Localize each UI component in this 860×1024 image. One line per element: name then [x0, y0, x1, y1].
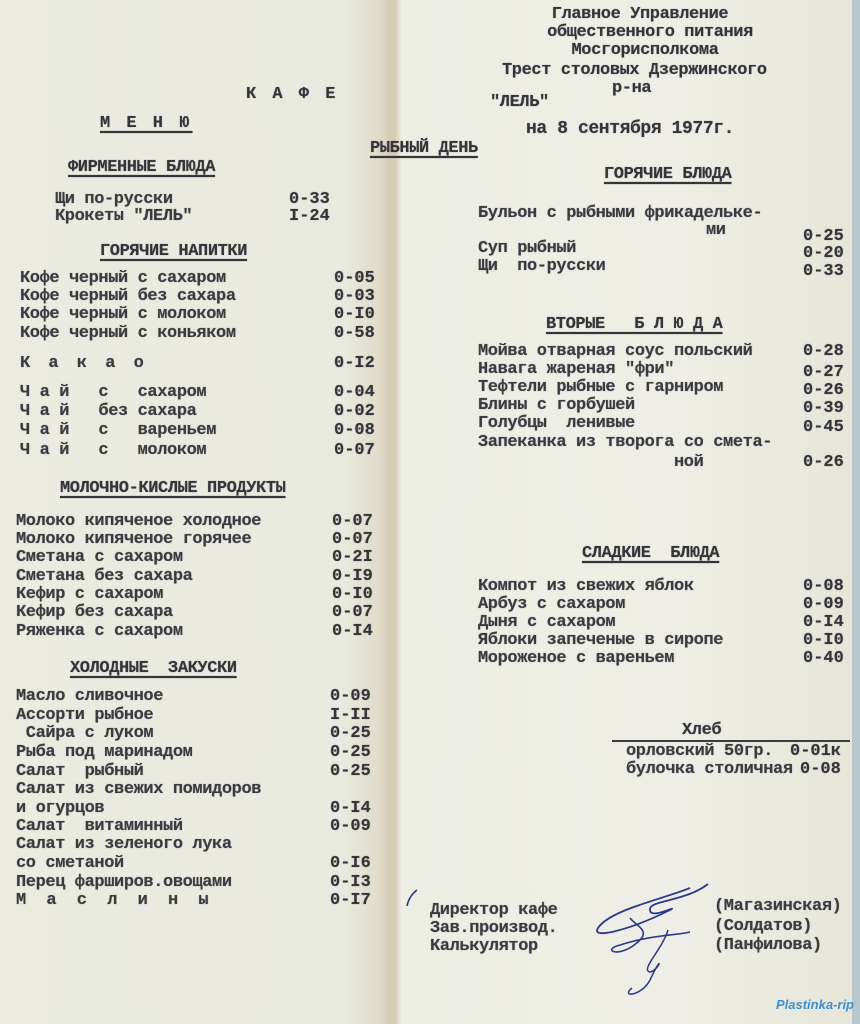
menu-item: Салат из зеленого лука [16, 836, 232, 855]
menu-item-price: 0-25 [330, 763, 371, 782]
menu-item: Суп рыбный [478, 240, 576, 259]
menu-item: Блины с горбушей [478, 397, 635, 416]
menu-item: Ч а й без сахара [20, 403, 196, 422]
menu-item: Арбуз с сахаром [478, 596, 625, 615]
signatory-name: (Солдатов) [714, 918, 812, 937]
menu-item: Запеканка из творога со смета- [478, 434, 772, 453]
menu-item: Кефир с сахаром [16, 586, 163, 605]
menu-item: Сметана без сахара [16, 568, 192, 587]
bread-item-price: 0-01к [790, 743, 841, 762]
menu-item: Ч а й с молоком [20, 442, 206, 461]
org-line-4: Трест столовых Дзержинского [502, 62, 767, 81]
menu-item-price: 0-05 [334, 270, 375, 289]
menu-item: Молоко кипяченое горячее [16, 531, 251, 550]
menu-item-price: 0-I9 [332, 568, 373, 587]
menu-item-price: 0-40 [803, 650, 844, 669]
bread-item: булочка столичная [626, 761, 793, 780]
bread-item: орловский 50гр. [626, 743, 773, 762]
menu-item: К а к а о [20, 355, 148, 374]
menu-item: Салат из свежих помидоров [16, 781, 261, 800]
menu-item-price: I-II [330, 707, 371, 726]
menu-item: Тефтели рыбные с гарниром [478, 379, 723, 398]
menu-item: Молоко кипяченое холодное [16, 513, 261, 532]
menu-item-price: 0-08 [334, 422, 375, 441]
menu-item-price: 0-09 [330, 818, 371, 837]
menu-item: Ряженка с сахаром [16, 623, 183, 642]
bread-item-price: 0-08 [800, 761, 841, 780]
menu-item: Компот из свежих яблок [478, 578, 694, 597]
menu-item-price: 0-2I [332, 549, 373, 568]
menu-item-price: 0-39 [803, 400, 844, 419]
menu-item-price: 0-09 [803, 596, 844, 615]
menu-item-price: 0-25 [330, 725, 371, 744]
menu-item: М а с л и н ы [16, 892, 214, 911]
menu-item: Рыба под маринадом [16, 744, 192, 763]
menu-item-price: 0-07 [334, 442, 375, 461]
menu-item: Ассорти рыбное [16, 707, 153, 726]
bread-title: Хлеб [682, 722, 721, 741]
cafe-label: К А Ф Е [246, 86, 338, 105]
menu-item-price: 0-28 [803, 343, 844, 362]
section-title-hot-dishes: ГОРЯЧИЕ БЛЮДА [604, 166, 731, 185]
menu-item-price: 0-I6 [330, 855, 371, 874]
menu-item-price: 0-I7 [330, 892, 371, 911]
org-line-3: Мосгорисполкома [480, 42, 810, 61]
menu-item-price: 0-07 [332, 513, 373, 532]
menu-item: Ч а й с сахаром [20, 384, 206, 403]
menu-item: Ч а й с вареньем [20, 422, 216, 441]
menu-item-price: 0-I4 [330, 800, 371, 819]
menu-item: Голубцы ленивые [478, 415, 635, 434]
menu-item: Сайра с луком [16, 725, 153, 744]
menu-item: Перец фарширов.овощами [16, 874, 232, 893]
menu-item-continued: и огурцов [16, 800, 104, 819]
signatory-role: Директор кафе [430, 902, 557, 921]
menu-item-price: 0-09 [330, 688, 371, 707]
menu-item-price: 0-26 [803, 382, 844, 401]
menu-item-price: 0-I4 [803, 614, 844, 633]
menu-item: Салат рыбный [16, 763, 143, 782]
menu-item: Навага жареная "фри" [478, 361, 674, 380]
menu-item-price: 0-58 [334, 325, 375, 344]
section-title-main-courses: ВТОРЫЕ Б Л Ю Д А [546, 316, 722, 335]
signatory-name: (Панфилова) [714, 937, 822, 956]
org-line-2: общественного питания [480, 24, 820, 43]
menu-item: Салат витаминный [16, 818, 183, 837]
menu-item: Мойва отварная соус польский [478, 343, 752, 362]
pen-mark-icon [405, 888, 419, 908]
menu-item-price: 0-I0 [332, 586, 373, 605]
menu-item-price: 0-04 [334, 384, 375, 403]
menu-item-price: I-24 [289, 208, 330, 227]
menu-title: М Е Н Ю [100, 115, 192, 134]
menu-item-price: 0-I3 [330, 874, 371, 893]
section-title-cold-appetizers: ХОЛОДНЫЕ ЗАКУСКИ [70, 660, 237, 679]
section-title-signature-dishes: ФИРМЕННЫЕ БЛЮДА [68, 159, 215, 178]
menu-item: Дыня с сахаром [478, 614, 615, 633]
menu-item-continued: ми [706, 222, 726, 241]
cafe-name: "ЛЕЛЬ" [490, 94, 549, 113]
menu-date: на 8 сентября 1977г. [526, 120, 734, 139]
menu-item-price: 0-I4 [332, 623, 373, 642]
menu-item-price: 0-03 [334, 288, 375, 307]
menu-item-price: 0-07 [332, 604, 373, 623]
menu-item-price: 0-45 [803, 419, 844, 438]
section-title-desserts: СЛАДКИЕ БЛЮДА [582, 545, 719, 564]
watermark: Plastinka-rip [776, 997, 854, 1012]
menu-item: Яблоки запеченые в сиропе [478, 632, 723, 651]
menu-item-price: 0-02 [334, 403, 375, 422]
menu-item: Масло сливочное [16, 688, 163, 707]
menu-item-price: 0-I2 [334, 355, 375, 374]
signatory-role: Зав.производ. [430, 920, 557, 939]
menu-item: Кофе черный с молоком [20, 306, 226, 325]
menu-item: Сметана с сахаром [16, 549, 183, 568]
org-line-1: Главное Управление [480, 6, 800, 25]
menu-item-price: 0-20 [803, 245, 844, 264]
section-title-hot-drinks: ГОРЯЧИЕ НАПИТКИ [100, 243, 247, 262]
org-line-5: р-на [612, 80, 651, 99]
menu-item-price: 0-I0 [803, 632, 844, 651]
menu-item: Кефир без сахара [16, 604, 173, 623]
section-title-dairy: МОЛОЧНО-КИСЛЫЕ ПРОДУКТЫ [60, 480, 285, 499]
day-theme: РЫБНЫЙ ДЕНЬ [370, 140, 478, 159]
menu-item-price: 0-I0 [334, 306, 375, 325]
menu-item: Кофе черный с коньяком [20, 325, 236, 344]
menu-item: Мороженое с вареньем [478, 650, 674, 669]
signatory-name: (Магазинская) [714, 898, 841, 917]
menu-item-price: 0-33 [803, 263, 844, 282]
signatory-role: Калькулятор [430, 938, 538, 957]
menu-item-price: 0-26 [803, 454, 844, 473]
menu-item: Кофе черный без сахара [20, 288, 236, 307]
menu-item-price: 0-08 [803, 578, 844, 597]
menu-item: Щи по-русски [478, 258, 605, 277]
menu-item-price: 0-07 [332, 531, 373, 550]
menu-item-price: 0-25 [330, 744, 371, 763]
menu-item: Крокеты "ЛЕЛЬ" [55, 208, 192, 227]
menu-item-continued: со сметаной [16, 855, 124, 874]
menu-item: Кофе черный с сахаром [20, 270, 226, 289]
menu-document: Главное Управление общественного питания… [0, 0, 852, 1024]
menu-item-price: 0-27 [803, 364, 844, 383]
menu-item-continued: ной [674, 454, 703, 473]
handwritten-signature-icon [590, 880, 720, 1000]
